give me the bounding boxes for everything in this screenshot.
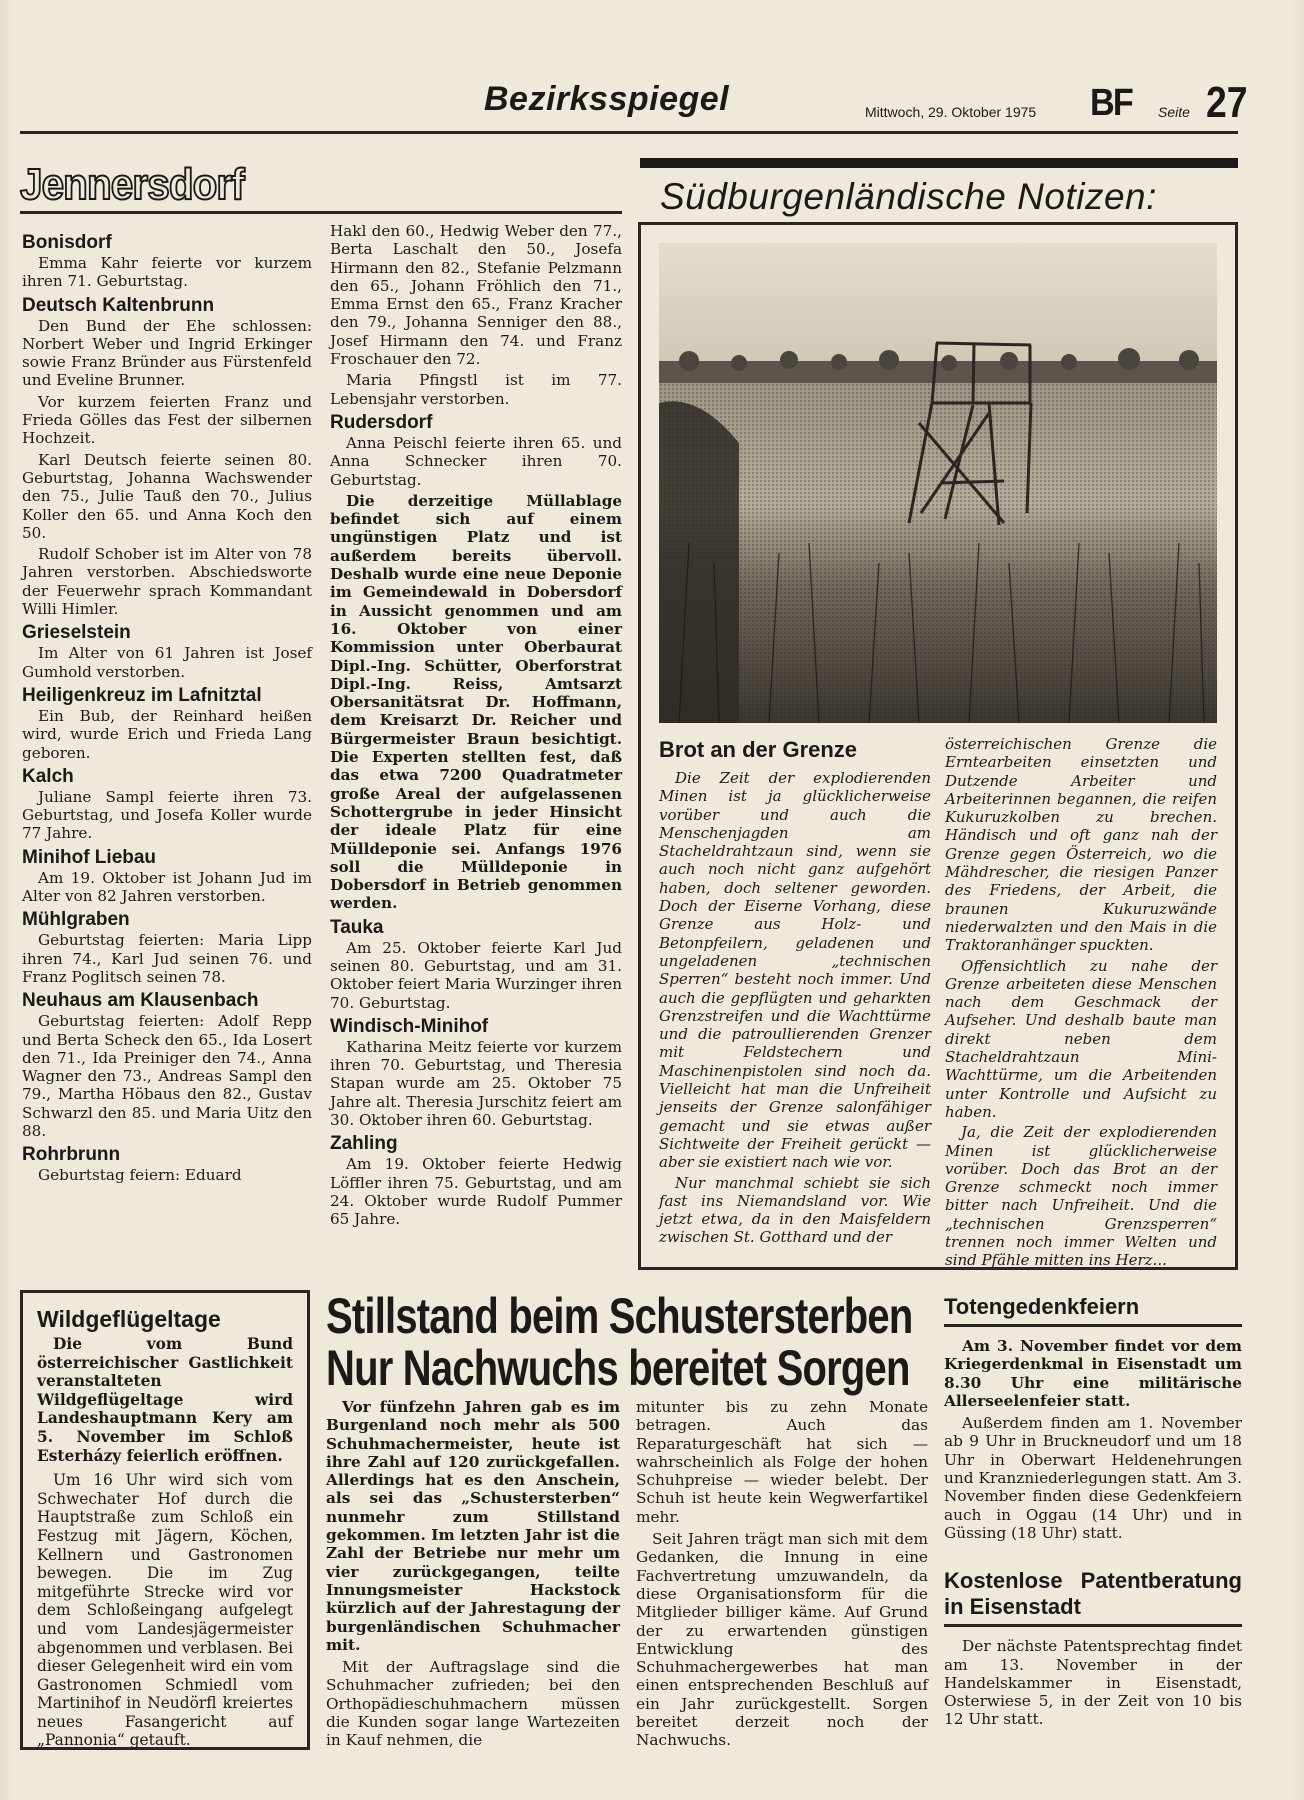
news-item: Maria Pfingstl ist im 77. Lebensjahr ver… [330, 371, 622, 408]
place-heading: Windisch-Minihof [330, 1016, 622, 1038]
news-item: Die derzeitige Müllablage befindet sich … [330, 492, 622, 913]
brot-paragraph: Die Zeit der explodierenden Minen ist ja… [659, 769, 931, 1172]
toten-body: Außerdem finden am 1. November ab 9 Uhr … [944, 1414, 1242, 1542]
notizen-rule [640, 158, 1238, 168]
place-heading: Neuhaus am Klausenbach [22, 990, 312, 1012]
section-title: Bezirksspiegel [484, 80, 729, 119]
place-heading: Deutsch Kaltenbrunn [22, 295, 312, 317]
toten-headline: Totengedenkfeiern [944, 1294, 1242, 1327]
news-item: Katharina Meitz feierte vor kurzem ihren… [330, 1038, 622, 1129]
news-item: Ein Bub, der Reinhard heißen wird, wurde… [22, 707, 312, 762]
schuster-paragraph: Mit der Auftragslage sind die Schuhmache… [326, 1658, 620, 1749]
patent-headline: Kostenlose Patentberatung in Eisenstadt [944, 1568, 1242, 1627]
news-item: Geburtstag feierten: Adolf Repp und Bert… [22, 1012, 312, 1140]
place-heading: Kalch [22, 766, 312, 788]
brot-paragraph: Ja, die Zeit der explodierenden Minen is… [945, 1123, 1217, 1269]
newspaper-page: Bezirksspiegel Mittwoch, 29. Oktober 197… [0, 0, 1304, 1800]
place-heading: Bonisdorf [22, 232, 312, 254]
news-item-continuation: Hakl den 60., Hedwig Weber den 77., Bert… [330, 222, 622, 368]
news-item: Vor kurzem feierten Franz und Frieda Göl… [22, 393, 312, 448]
news-item: Den Bund der Ehe schlossen: Norbert Webe… [22, 317, 312, 390]
page-number: 27 [1206, 78, 1248, 128]
news-item: Am 25. Oktober feierte Karl Jud seinen 8… [330, 939, 622, 1012]
news-item: Emma Kahr feierte vor kurzem ihren 71. G… [22, 254, 312, 291]
news-item: Juliane Sampl feierte ihren 73. Geburtst… [22, 788, 312, 843]
jennersdorf-header: Jennersdorf [20, 160, 622, 214]
news-item: Geburtstag feiern: Eduard [22, 1166, 312, 1184]
news-item: Karl Deutsch feierte seinen 80. Geburtst… [22, 451, 312, 542]
watchtower-photo [659, 243, 1217, 723]
masthead: Bezirksspiegel Mittwoch, 29. Oktober 197… [20, 72, 1238, 134]
brot-headline: Brot an der Grenze [659, 737, 931, 763]
news-item: Am 19. Oktober ist Johann Jud im Alter v… [22, 869, 312, 906]
jennersdorf-title: Jennersdorf [20, 160, 244, 210]
schuster-headline-line2: Nur Nachwuchs bereitet Sorgen [326, 1342, 809, 1394]
brot-paragraph: Nur manchmal schiebt sie sich fast ins N… [659, 1174, 931, 1247]
place-heading: Heiligenkreuz im Lafnitztal [22, 685, 312, 707]
news-item: Geburtstag feierten: Maria Lipp ihren 74… [22, 931, 312, 986]
jennersdorf-column-2: Hakl den 60., Hedwig Weber den 77., Bert… [330, 222, 622, 1232]
wildgefluegel-headline: Wildgeflügeltage [37, 1305, 293, 1333]
notizen-title: Südburgenländische Notizen: [660, 176, 1157, 218]
jennersdorf-column-1: Bonisdorf Emma Kahr feierte vor kurzem i… [22, 228, 312, 1188]
wildgefluegel-lead: Die vom Bund österreichischer Gastlichke… [37, 1335, 293, 1465]
place-heading: Minihof Liebau [22, 847, 312, 869]
schuster-headline-line1: Stillstand beim Schustersterben [326, 1290, 809, 1342]
toten-lead: Am 3. November findet vor dem Kriegerden… [944, 1337, 1242, 1410]
page-label: Seite [1158, 104, 1190, 120]
place-heading: Rudersdorf [330, 412, 622, 434]
news-item: Im Alter von 61 Jahren ist Josef Gumhold… [22, 644, 312, 681]
spacer [944, 1546, 1242, 1568]
schuster-headline: Stillstand beim Schustersterben Nur Nach… [326, 1290, 809, 1394]
schuster-paragraph: mitunter bis zu zehn Monate betragen. Au… [636, 1398, 928, 1526]
place-heading: Mühlgraben [22, 909, 312, 931]
brot-paragraph: österreichischen Grenze die Erntearbeite… [945, 735, 1217, 955]
schuster-column-1: Vor fünfzehn Jahren gab es im Burgenland… [326, 1398, 620, 1754]
news-item: Anna Peischl feierte ihren 65. und Anna … [330, 434, 622, 489]
wildgefluegel-body: Um 16 Uhr wird sich vom Schwechater Hof … [37, 1471, 293, 1750]
place-heading: Rohrbrunn [22, 1144, 312, 1166]
notizen-box: Brot an der Grenze Die Zeit der explodie… [638, 222, 1238, 1270]
news-item: Am 19. Oktober feierte Hedwig Löffler ih… [330, 1155, 622, 1228]
schuster-paragraph: Seit Jahren trägt man sich mit dem Gedan… [636, 1530, 928, 1750]
right-column: Totengedenkfeiern Am 3. November findet … [944, 1294, 1242, 1733]
news-item: Rudolf Schober ist im Alter von 78 Jahre… [22, 545, 312, 618]
schuster-lead: Vor fünfzehn Jahren gab es im Burgenland… [326, 1398, 620, 1654]
brot-paragraph: Offensichtlich zu nahe der Grenze arbeit… [945, 957, 1217, 1122]
place-heading: Zahling [330, 1133, 622, 1155]
bf-logo: BF [1090, 82, 1132, 125]
place-heading: Grieselstein [22, 622, 312, 644]
schuster-column-2: mitunter bis zu zehn Monate betragen. Au… [636, 1398, 928, 1754]
brot-column-2: österreichischen Grenze die Erntearbeite… [945, 735, 1217, 1272]
brot-column-1: Brot an der Grenze Die Zeit der explodie… [659, 737, 931, 1249]
watchtower-image-icon [659, 243, 1217, 723]
wildgefluegel-box: Wildgeflügeltage Die vom Bund österreich… [20, 1290, 310, 1750]
patent-body: Der nächste Patentsprechtag findet am 13… [944, 1637, 1242, 1728]
place-heading: Tauka [330, 917, 622, 939]
issue-date: Mittwoch, 29. Oktober 1975 [865, 104, 1036, 120]
